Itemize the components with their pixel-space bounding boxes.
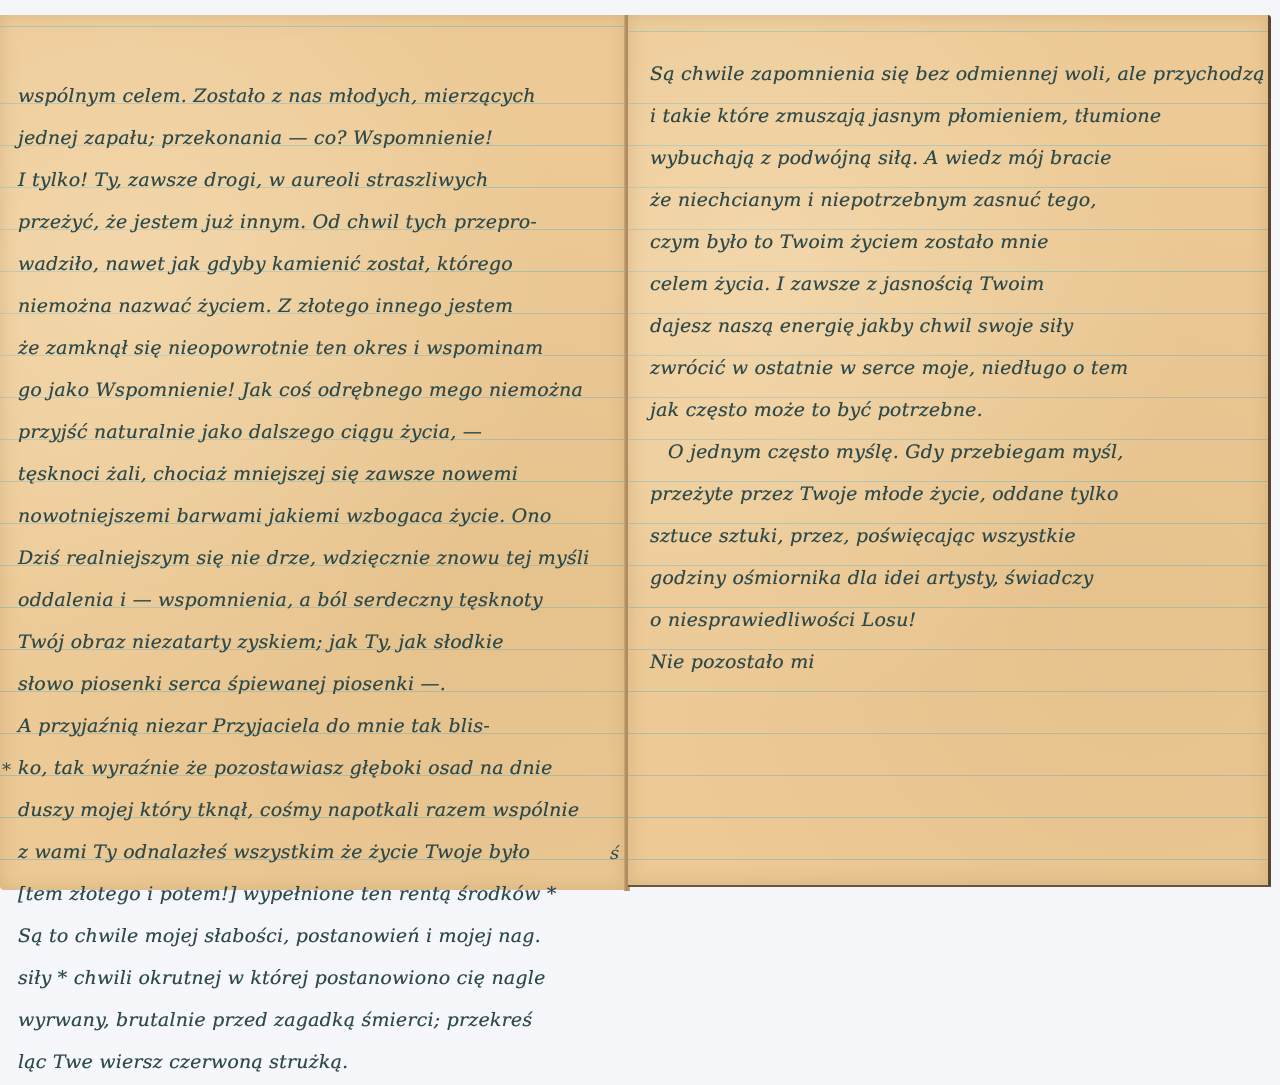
right-line-12: sztuce sztuki, przez, poświęcając wszyst… xyxy=(628,517,1268,559)
right-line-6: celem życia. I zawsze z jasnością Twoim xyxy=(628,265,1268,307)
left-line-7: że zamknął się nieopowrotnie ten okres i… xyxy=(0,329,626,371)
right-line-13: godziny ośmiornika dla idei artysty, świ… xyxy=(628,559,1268,601)
right-line-2: i takie które zmuszają jasnym płomieniem… xyxy=(628,97,1268,139)
left-line-18: duszy mojej który tknął, cośmy napotkali… xyxy=(0,791,626,833)
left-line-6: niemożna nazwać życiem. Z złotego innego… xyxy=(0,287,626,329)
right-line-7: dajesz naszą energię jakby chwil swoje s… xyxy=(628,307,1268,349)
left-line-14: Twój obraz niezatarty zyskiem; jak Ty, j… xyxy=(0,623,626,665)
left-line-20: [tem złotego i potem!] wypełnione ten re… xyxy=(0,875,626,917)
right-line-9: jak często może to być potrzebne. xyxy=(628,391,1268,433)
left-line-19: z wami Ty odnalazłeś wszystkim że życie … xyxy=(0,833,626,875)
left-line-9: przyjść naturalnie jako dalszego ciągu ż… xyxy=(0,413,626,455)
right-page: Są chwile zapomnienia się bez odmiennej … xyxy=(628,15,1271,887)
right-line-5: czym było to Twoim życiem zostało mnie xyxy=(628,223,1268,265)
left-line-3: I tylko! Ty, zawsze drogi, w aureoli str… xyxy=(0,161,626,203)
left-page-lines: wspólnym celem. Zostało z nas młodych, m… xyxy=(0,77,626,927)
left-line-12: Dziś realniejszym się nie drze, wdzięczn… xyxy=(0,539,626,581)
margin-continuation-mark: ś xyxy=(610,843,619,864)
left-line-8: go jako Wspomnienie! Jak coś odrębnego m… xyxy=(0,371,626,413)
left-line-16: A przyjaźnią niezar Przyjaciela do mnie … xyxy=(0,707,626,749)
left-line-13: oddalenia i — wspomnienia, a ból serdecz… xyxy=(0,581,626,623)
left-line-4: przeżyć, że jestem już innym. Od chwil t… xyxy=(0,203,626,245)
left-page: wspólnym celem. Zostało z nas młodych, m… xyxy=(0,15,627,890)
right-line-8: zwrócić w ostatnie w serce moje, niedług… xyxy=(628,349,1268,391)
right-line-15: Nie pozostało mi xyxy=(628,643,1268,685)
right-line-4: że niechcianym i niepotrzebnym zasnuć te… xyxy=(628,181,1268,223)
right-page-lines: Są chwile zapomnienia się bez odmiennej … xyxy=(628,55,1268,685)
left-line-15: słowo piosenki serca śpiewanej piosenki … xyxy=(0,665,626,707)
right-line-10: O jednym często myślę. Gdy przebiegam my… xyxy=(628,433,1268,475)
left-line-2: jednej zapału; przekonania — co? Wspomni… xyxy=(0,119,626,161)
margin-asterisk-mark: * xyxy=(2,760,11,781)
scanned-notebook: wspólnym celem. Zostało z nas młodych, m… xyxy=(0,0,1280,927)
right-line-1: Są chwile zapomnienia się bez odmiennej … xyxy=(628,55,1268,97)
left-line-1: wspólnym celem. Zostało z nas młodych, m… xyxy=(0,77,626,119)
right-line-11: przeżyte przez Twoje młode życie, oddane… xyxy=(628,475,1268,517)
left-line-10: tęsknoci żali, chociaż mniejszej się zaw… xyxy=(0,455,626,497)
right-line-3: wybuchają z podwójną siłą. A wiedz mój b… xyxy=(628,139,1268,181)
left-line-21: Są to chwile mojej słabości, postanowień… xyxy=(0,917,626,927)
left-line-5: wadziło, nawet jak gdyby kamienić został… xyxy=(0,245,626,287)
left-line-11: nowotniejszemi barwami jakiemi wzbogaca … xyxy=(0,497,626,539)
right-line-14: o niesprawiedliwości Losu! xyxy=(628,601,1268,643)
left-line-17: ko, tak wyraźnie że pozostawiasz głęboki… xyxy=(0,749,626,791)
